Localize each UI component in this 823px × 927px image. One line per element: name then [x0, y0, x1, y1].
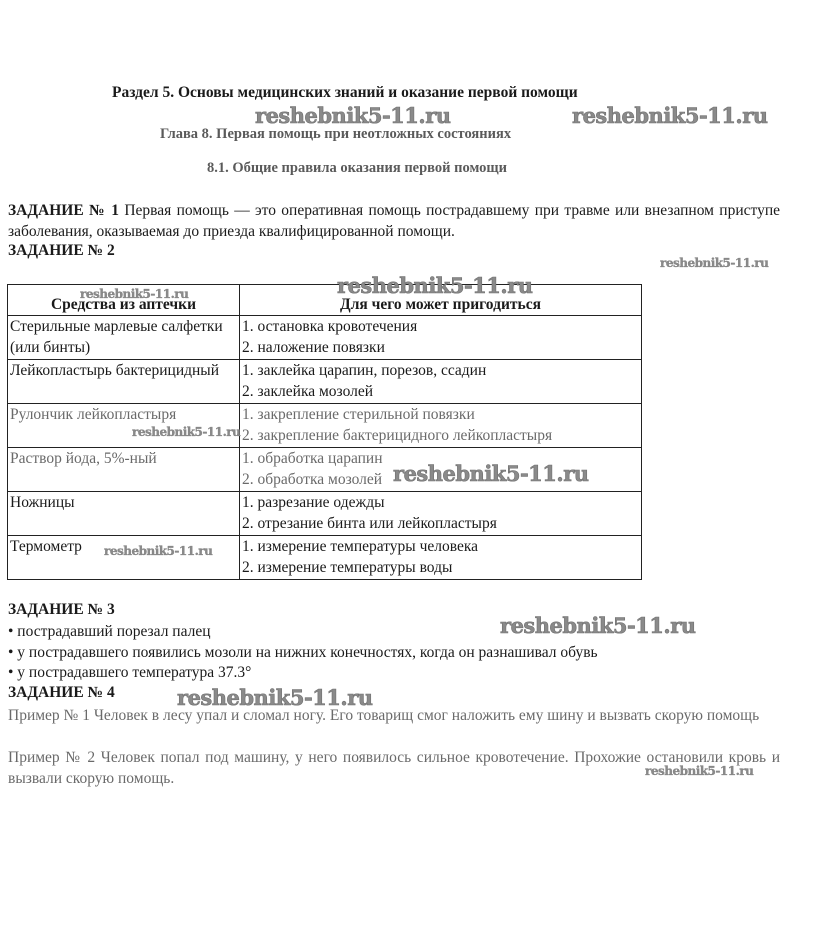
watermark: reshebnik5-11.ru — [500, 613, 696, 638]
task3-label: ЗАДАНИЕ № 3 — [8, 601, 115, 619]
table-row: Ножницы 1. разрезание одежды 2. отрезани… — [8, 492, 642, 536]
watermark: reshebnik5-11.ru — [255, 103, 451, 128]
task1-label: ЗАДАНИЕ № 1 — [8, 202, 119, 219]
watermark: reshebnik5-11.ru — [645, 764, 753, 778]
watermark: reshebnik5-11.ru — [177, 685, 373, 710]
table-cell-uses: 1. остановка кровотечения 2. наложение п… — [240, 316, 642, 360]
task4-example-1: Пример № 1 Человек в лесу упал и сломал … — [8, 705, 780, 726]
first-aid-kit-table: Средства из аптечки Для чего может приго… — [7, 284, 642, 580]
task4-label: ЗАДАНИЕ № 4 — [8, 684, 115, 702]
use-item: 2. наложение повязки — [242, 337, 639, 358]
use-item: 2. заклейка мозолей — [242, 381, 639, 402]
watermark: reshebnik5-11.ru — [393, 461, 589, 486]
use-item: 2. закрепление бактерицидного лейкопласт… — [242, 425, 639, 446]
watermark: reshebnik5-11.ru — [660, 256, 768, 270]
use-item: 1. разрезание одежды — [242, 492, 639, 513]
use-item: 1. заклейка царапин, порезов, ссадин — [242, 360, 639, 381]
watermark: reshebnik5-11.ru — [337, 273, 533, 298]
bullet-item: • у пострадавшего температура 37.3° — [8, 663, 598, 684]
table-cell-uses: 1. разрезание одежды 2. отрезание бинта … — [240, 492, 642, 536]
use-item: 2. измерение температуры воды — [242, 557, 639, 578]
use-item: 1. остановка кровотечения — [242, 316, 639, 337]
table-row: Термометр 1. измерение температуры челов… — [8, 536, 642, 580]
table-cell-item: Раствор йода, 5%-ный — [8, 448, 240, 492]
task1-paragraph: ЗАДАНИЕ № 1 Первая помощь — это оператив… — [8, 200, 780, 242]
use-item: 2. отрезание бинта или лейкопластыря — [242, 513, 639, 534]
chapter-heading: Глава 8. Первая помощь при неотложных со… — [160, 126, 511, 143]
table-cell-item: Стерильные марлевые салфетки (или бинты) — [8, 316, 240, 360]
subsection-heading: 8.1. Общие правила оказания первой помощ… — [207, 160, 507, 177]
table-cell-uses: 1. заклейка царапин, порезов, ссадин 2. … — [240, 360, 642, 404]
watermark: reshebnik5-11.ru — [132, 425, 240, 439]
section-heading: Раздел 5. Основы медицинских знаний и ок… — [112, 84, 578, 102]
table-cell-uses: 1. закрепление стерильной повязки 2. зак… — [240, 404, 642, 448]
table-cell-uses: 1. измерение температуры человека 2. изм… — [240, 536, 642, 580]
watermark: reshebnik5-11.ru — [572, 103, 768, 128]
task1-text: Первая помощь — это оперативная помощь п… — [8, 202, 780, 240]
task2-label: ЗАДАНИЕ № 2 — [8, 242, 115, 260]
watermark: reshebnik5-11.ru — [104, 544, 212, 558]
table-row: Лейкопластырь бактерицидный 1. заклейка … — [8, 360, 642, 404]
table-cell-item: Ножницы — [8, 492, 240, 536]
table-row: Рулончик лейкопластыря 1. закрепление ст… — [8, 404, 642, 448]
watermark: reshebnik5-11.ru — [80, 287, 188, 301]
table-row: Стерильные марлевые салфетки (или бинты)… — [8, 316, 642, 360]
use-item: 1. измерение температуры человека — [242, 536, 639, 557]
table-cell-item: Лейкопластырь бактерицидный — [8, 360, 240, 404]
bullet-item: • у пострадавшего появились мозоли на ни… — [8, 643, 598, 664]
use-item: 1. закрепление стерильной повязки — [242, 404, 639, 425]
